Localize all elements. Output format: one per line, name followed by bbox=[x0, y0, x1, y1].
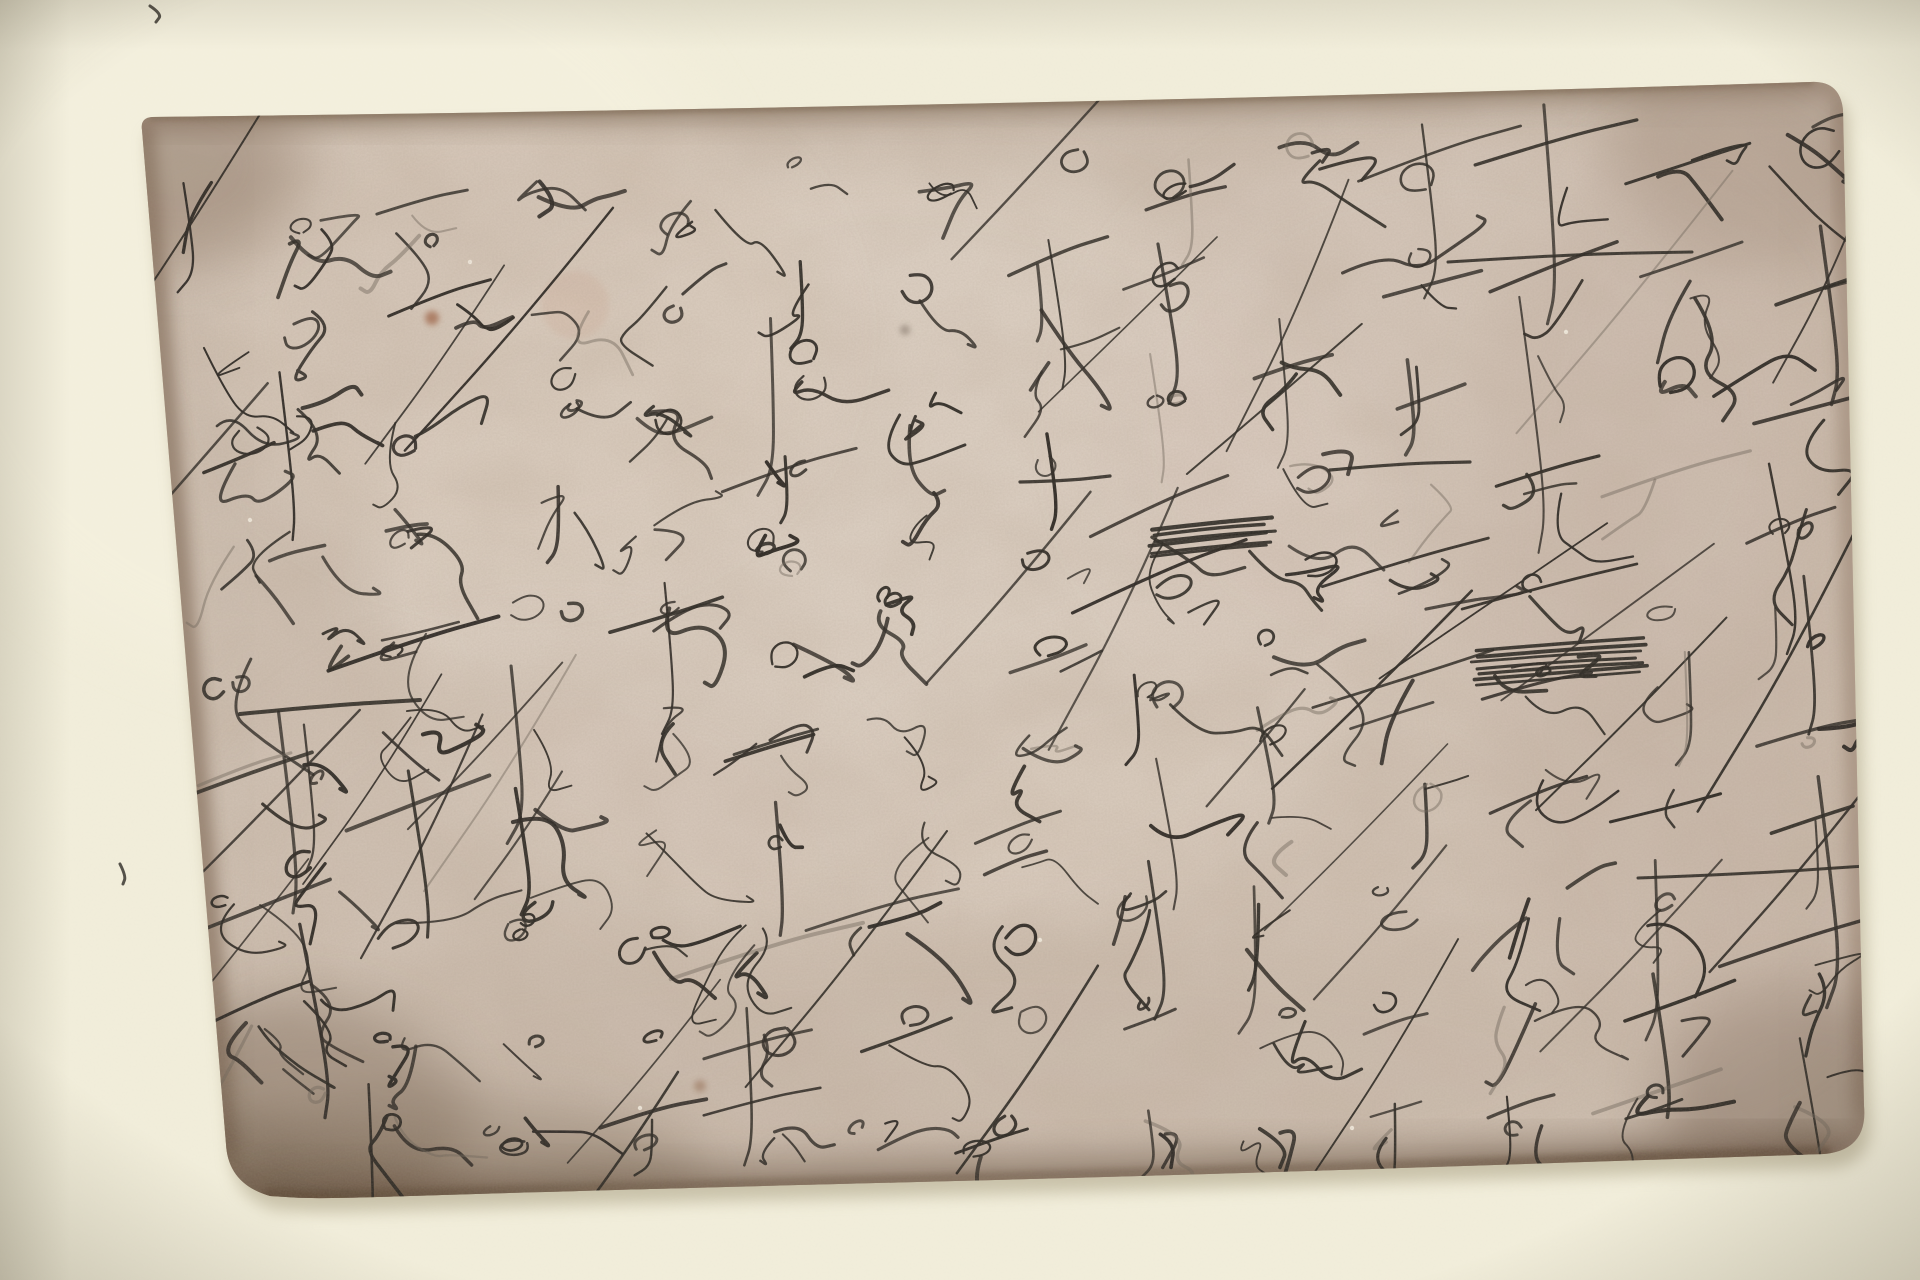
photo-left-shade bbox=[0, 0, 70, 1280]
photo-vignette bbox=[0, 0, 1920, 1280]
photo-of-document bbox=[0, 0, 1920, 1280]
photo-canvas bbox=[0, 0, 1920, 1280]
photo-top-shade bbox=[0, 0, 1920, 50]
